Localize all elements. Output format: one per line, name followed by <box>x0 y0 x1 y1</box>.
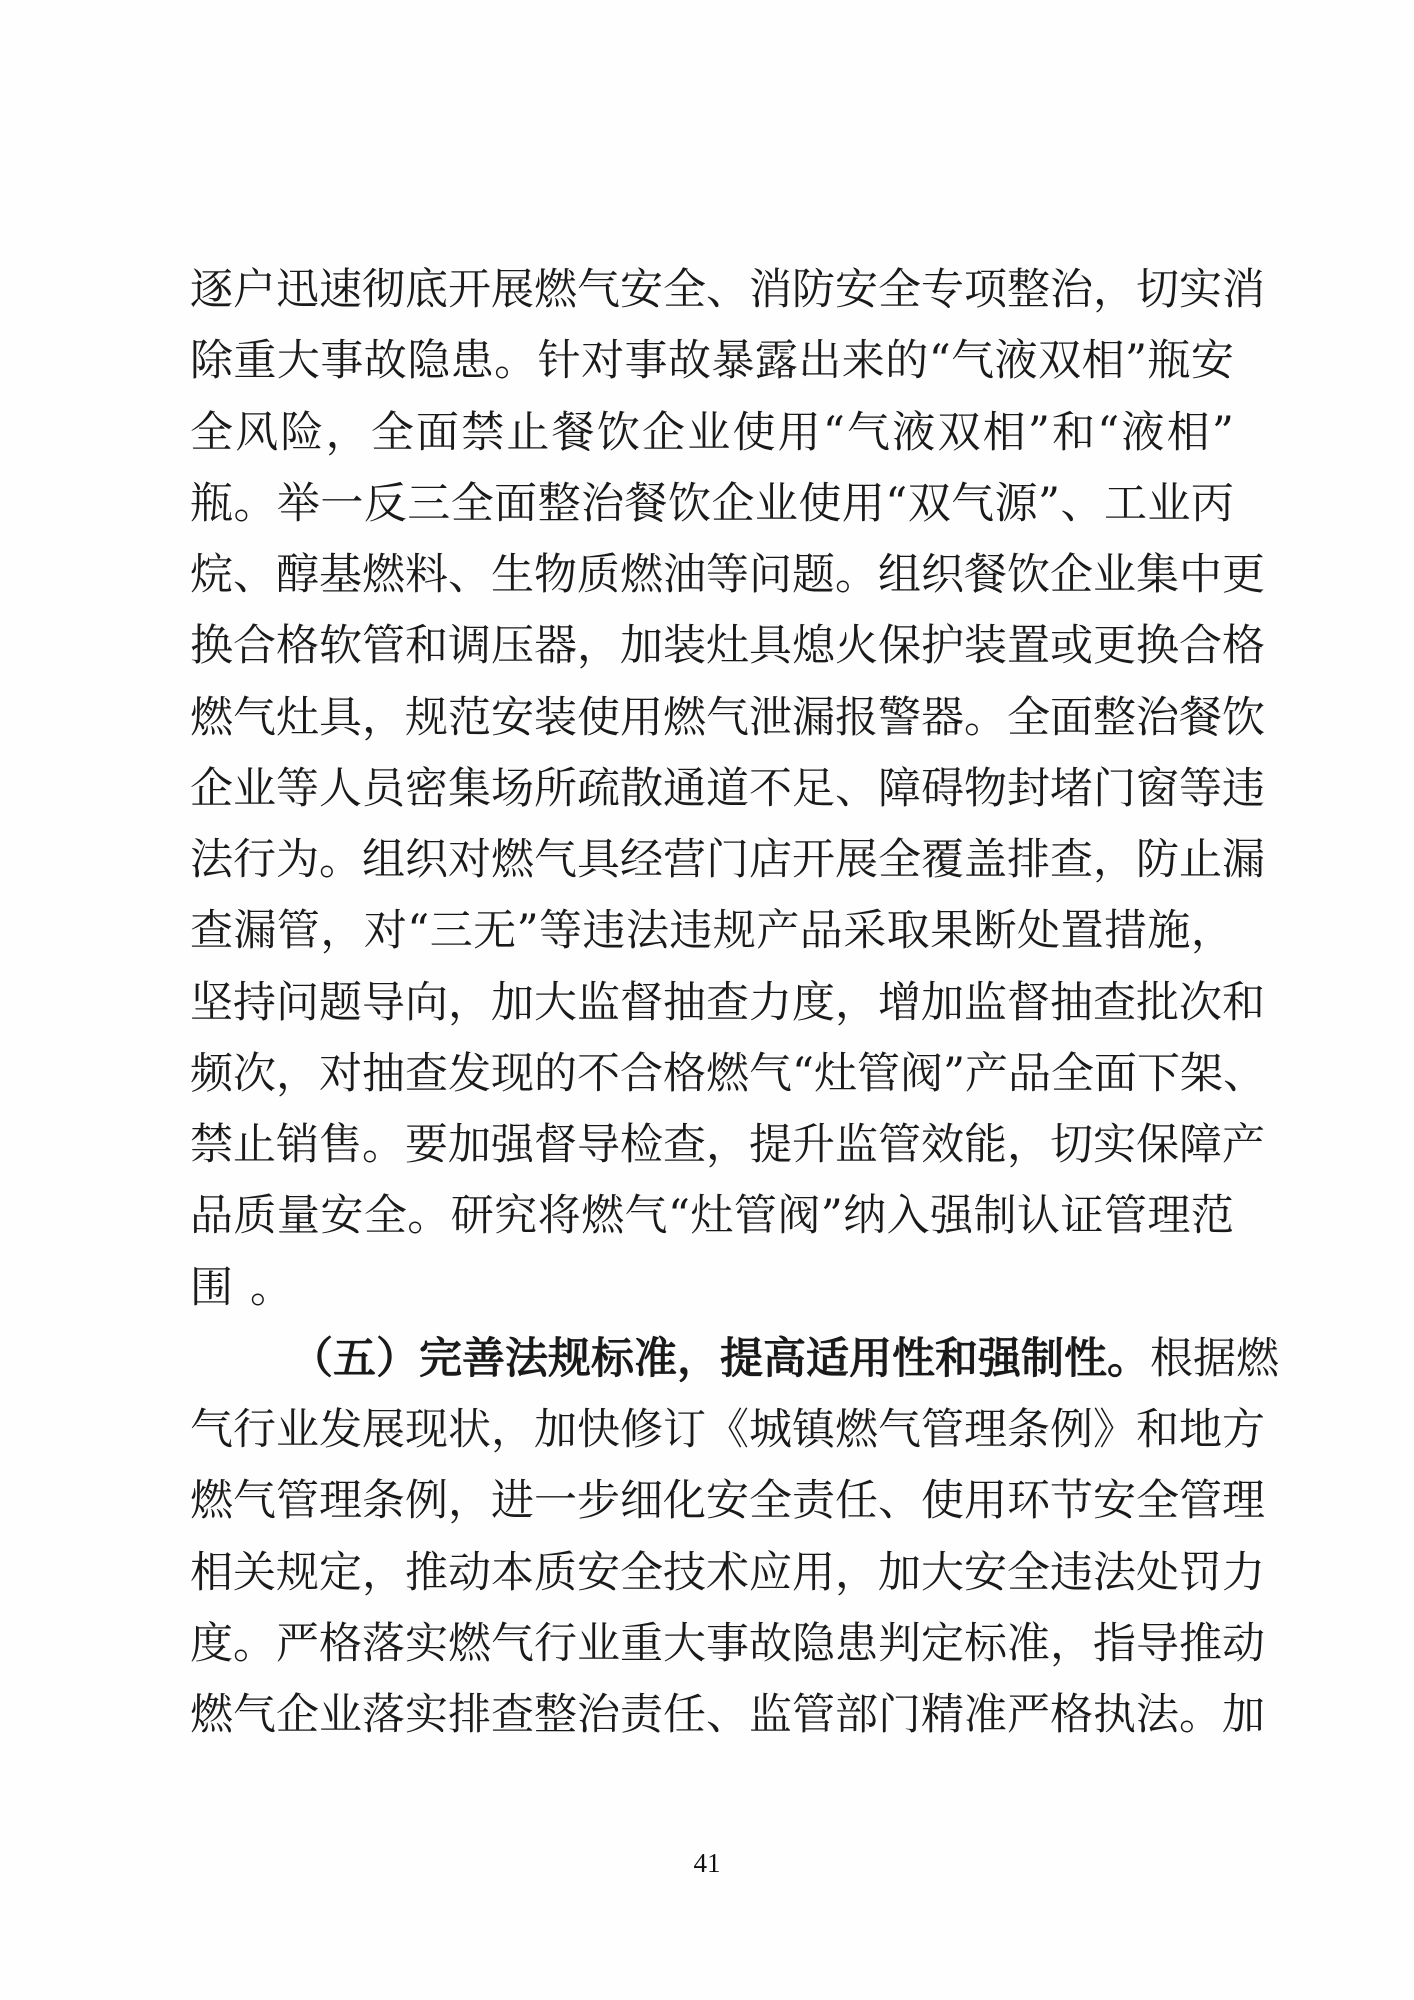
glyph: 置 <box>1060 903 1103 974</box>
glyph: 燃 <box>491 832 534 903</box>
glyph: 丙 <box>1191 476 1234 547</box>
glyph: “ <box>823 405 845 476</box>
glyph: 故 <box>364 333 407 404</box>
glyph: 全 <box>1051 1046 1094 1117</box>
glyph: 。 <box>494 333 537 404</box>
glyph: 关 <box>233 1545 276 1616</box>
glyph: 查 <box>706 975 749 1046</box>
glyph: 除 <box>190 333 233 404</box>
glyph: 燃 <box>190 1473 233 1544</box>
glyph: 业 <box>276 1402 319 1473</box>
glyph: 查 <box>190 903 233 974</box>
glyph: 研 <box>451 1188 494 1259</box>
glyph: 为 <box>276 832 319 903</box>
glyph: 熄 <box>792 618 835 689</box>
text-line: 法行为。组织对燃气具经营门店开展全覆盖排查，防止漏 <box>190 832 1234 903</box>
glyph: 效 <box>921 1117 964 1188</box>
glyph: 事 <box>625 333 668 404</box>
glyph: ， <box>835 1545 878 1616</box>
glyph: 器 <box>921 690 964 761</box>
glyph: 对 <box>319 1046 362 1117</box>
glyph: 障 <box>878 761 921 832</box>
glyph: ， <box>677 1331 720 1402</box>
glyph: 相 <box>190 1545 233 1616</box>
glyph: 坚 <box>190 975 233 1046</box>
glyph: 用 <box>849 1331 892 1402</box>
glyph: 隐 <box>407 333 450 404</box>
glyph: 一 <box>534 1473 577 1544</box>
glyph: “ <box>668 1188 690 1259</box>
glyph: 度 <box>792 975 835 1046</box>
glyph: 行 <box>534 1616 577 1687</box>
glyph: 例 <box>405 1473 448 1544</box>
glyph: ， <box>326 405 369 476</box>
glyph: 加 <box>534 1402 577 1473</box>
glyph: 开 <box>448 262 491 333</box>
glyph: 餐 <box>964 547 1007 618</box>
glyph: 止 <box>1179 832 1222 903</box>
glyph: 饮 <box>1007 547 1050 618</box>
glyph: 企 <box>1050 547 1093 618</box>
text-line: 查漏管，对“三无”等违法违规产品采取果断处置措施， <box>190 903 1234 974</box>
glyph: 强 <box>491 1117 534 1188</box>
glyph: 镇 <box>792 1402 835 1473</box>
glyph: 违 <box>669 903 712 974</box>
glyph: 。 <box>233 1616 276 1687</box>
glyph: ， <box>706 1117 749 1188</box>
glyph: 消 <box>749 262 792 333</box>
glyph: 订 <box>663 1402 706 1473</box>
glyph: 人 <box>319 761 362 832</box>
glyph: 灶 <box>706 618 749 689</box>
glyph: 问 <box>276 975 319 1046</box>
glyph: 和 <box>405 618 448 689</box>
glyph: 使 <box>921 1473 964 1544</box>
glyph: 推 <box>405 1545 448 1616</box>
text-line: 品质量安全。研究将燃气“灶管阀”纳入强制认证管理范 <box>190 1188 1234 1259</box>
glyph: 事 <box>706 1616 749 1687</box>
glyph: 加 <box>1222 1687 1265 1758</box>
text-line: 相关规定，推动本质安全技术应用，加大安全违法处罚力 <box>190 1545 1234 1616</box>
glyph: 防 <box>792 262 835 333</box>
glyph: 查 <box>491 1687 534 1758</box>
glyph: 售 <box>319 1117 362 1188</box>
glyph: 格 <box>663 1046 706 1117</box>
glyph: ， <box>362 690 405 761</box>
glyph: 处 <box>1017 903 1060 974</box>
glyph: 安 <box>706 1473 749 1544</box>
glyph: 工 <box>1104 476 1147 547</box>
glyph: 举 <box>277 476 320 547</box>
glyph: 频 <box>190 1046 233 1117</box>
glyph: 。 <box>362 1117 405 1188</box>
text-line: 燃气企业落实排查整治责任、监管部门精准严格执法。加 <box>190 1687 1234 1758</box>
glyph: 等 <box>706 547 749 618</box>
glyph: 。 <box>1107 1331 1150 1402</box>
glyph: ， <box>1093 262 1136 333</box>
glyph: 燃 <box>448 1616 491 1687</box>
glyph: 不 <box>749 761 792 832</box>
glyph: 。 <box>835 547 878 618</box>
glyph: 执 <box>1093 1687 1136 1758</box>
glyph: 织 <box>921 547 964 618</box>
text-line: 气行业发展现状，加快修订《城镇燃气管理条例》和地方 <box>190 1402 1234 1473</box>
glyph: 术 <box>706 1545 749 1616</box>
glyph: 全 <box>663 262 706 333</box>
glyph: 品 <box>800 903 843 974</box>
glyph: 技 <box>663 1545 706 1616</box>
glyph: 向 <box>405 975 448 1046</box>
text-line: 全风险，全面禁止餐饮企业使用“气液双相”和“液相” <box>190 405 1234 476</box>
text-line: 除重大事故隐患。针对事故暴露出来的“气液双相”瓶安 <box>190 333 1234 404</box>
glyph: 质 <box>534 1545 577 1616</box>
glyph: ， <box>1093 832 1136 903</box>
glyph: 整 <box>538 476 581 547</box>
glyph: 具 <box>577 832 620 903</box>
glyph: 查 <box>663 1117 706 1188</box>
glyph: 格 <box>1050 1687 1093 1758</box>
glyph: 加 <box>491 975 534 1046</box>
glyph: 烷 <box>190 547 233 618</box>
glyph: 店 <box>749 832 792 903</box>
glyph: ， <box>1191 903 1234 974</box>
glyph: 力 <box>749 975 792 1046</box>
glyph: 换 <box>190 618 233 689</box>
glyph: 等 <box>539 903 582 974</box>
glyph: 迅 <box>276 262 319 333</box>
glyph: 使 <box>732 405 775 476</box>
glyph: 止 <box>233 1117 276 1188</box>
glyph: 业 <box>1093 547 1136 618</box>
glyph: 双 <box>908 476 951 547</box>
glyph: 管 <box>1179 1473 1222 1544</box>
glyph: 瓶 <box>1147 333 1190 404</box>
glyph: 全 <box>878 262 921 333</box>
glyph: 增 <box>878 975 921 1046</box>
glyph: 使 <box>798 476 841 547</box>
glyph: 开 <box>792 832 835 903</box>
glyph: 料 <box>405 547 448 618</box>
glyph: 企 <box>190 761 233 832</box>
glyph: 集 <box>1136 547 1179 618</box>
glyph: 企 <box>276 1687 319 1758</box>
text-line: 度。严格落实燃气行业重大事故隐患判定标准，指导推动 <box>190 1616 1234 1687</box>
glyph: 措 <box>1104 903 1147 974</box>
glyph: 法 <box>1093 1545 1136 1616</box>
glyph: 的 <box>534 1046 577 1117</box>
glyph: 安 <box>577 1545 620 1616</box>
glyph: 燃 <box>190 690 233 761</box>
glyph: 监 <box>577 975 620 1046</box>
glyph: 导 <box>577 1117 620 1188</box>
glyph: 标 <box>964 1616 1007 1687</box>
glyph: 漏 <box>1222 832 1265 903</box>
glyph: 定 <box>319 1545 362 1616</box>
glyph: 检 <box>620 1117 663 1188</box>
text-line: 换合格软管和调压器，加装灶具熄火保护装置或更换合格 <box>190 618 1234 689</box>
glyph: 气 <box>190 1402 233 1473</box>
glyph: 不 <box>577 1046 620 1117</box>
glyph: 违 <box>1222 761 1265 832</box>
glyph: 加 <box>921 975 964 1046</box>
glyph: 禁 <box>461 405 504 476</box>
glyph: 液 <box>995 333 1038 404</box>
glyph: 道 <box>706 761 749 832</box>
glyph: 能 <box>964 1117 1007 1188</box>
glyph: 全 <box>364 1188 407 1259</box>
glyph: 合 <box>233 618 276 689</box>
glyph: 制 <box>1021 1331 1064 1402</box>
glyph: 整 <box>1007 262 1050 333</box>
glyph: 营 <box>663 832 706 903</box>
glyph: 气 <box>951 476 994 547</box>
glyph: 器 <box>534 618 577 689</box>
glyph: 全 <box>1136 1473 1179 1544</box>
glyph: 持 <box>233 975 276 1046</box>
glyph: 据 <box>1193 1331 1236 1402</box>
glyph: 方 <box>1222 1402 1265 1473</box>
glyph: 气 <box>706 690 749 761</box>
glyph: 双 <box>1038 333 1081 404</box>
glyph: 彻 <box>362 262 405 333</box>
glyph: 用 <box>964 1473 1007 1544</box>
glyph: 安 <box>1093 1473 1136 1544</box>
glyph: 。 <box>233 476 276 547</box>
glyph: 相 <box>1167 405 1210 476</box>
glyph: 门 <box>1093 761 1136 832</box>
glyph: 业 <box>1147 476 1190 547</box>
glyph: 实 <box>405 1687 448 1758</box>
glyph: 、 <box>233 547 276 618</box>
glyph: 合 <box>620 1046 663 1117</box>
glyph: ” <box>821 1188 843 1259</box>
glyph: 法 <box>190 832 233 903</box>
glyph: 地 <box>1179 1402 1222 1473</box>
glyph: 企 <box>642 405 685 476</box>
glyph: 、 <box>835 761 878 832</box>
glyph: ” <box>1212 405 1234 476</box>
glyph: 果 <box>930 903 973 974</box>
glyph: 和 <box>1052 405 1095 476</box>
glyph: 暴 <box>711 333 754 404</box>
glyph: 产 <box>965 1046 1008 1117</box>
glyph: 保 <box>1136 1117 1179 1188</box>
glyph: 全 <box>620 1545 663 1616</box>
glyph: 组 <box>878 547 921 618</box>
glyph: 散 <box>620 761 663 832</box>
glyph: 五 <box>333 1331 376 1402</box>
text-line: 坚持问题导向，加大监督抽查力度，增加监督抽查批次和 <box>190 975 1234 1046</box>
glyph: 细 <box>620 1473 663 1544</box>
glyph: 全 <box>371 405 414 476</box>
glyph: 碍 <box>921 761 964 832</box>
glyph: 批 <box>1136 975 1179 1046</box>
glyph: 适 <box>806 1331 849 1402</box>
glyph: 气 <box>233 690 276 761</box>
glyph: 标 <box>591 1331 634 1402</box>
glyph: 理 <box>1147 1188 1190 1259</box>
glyph: 证 <box>1060 1188 1103 1259</box>
glyph: 加 <box>878 1545 921 1616</box>
glyph: 实 <box>1093 1117 1136 1188</box>
glyph: 足 <box>792 761 835 832</box>
glyph: 业 <box>319 1687 362 1758</box>
glyph: 全 <box>451 476 494 547</box>
glyph: 性 <box>892 1331 935 1402</box>
glyph: 和 <box>1222 975 1265 1046</box>
glyph: ， <box>320 903 363 974</box>
text-line: 燃气灶具，规范安装使用燃气泄漏报警器。全面整治餐饮 <box>190 690 1234 761</box>
glyph: 性 <box>1064 1331 1107 1402</box>
glyph: 燃 <box>620 547 663 618</box>
glyph: 制 <box>974 1188 1017 1259</box>
glyph: ， <box>1050 1616 1093 1687</box>
glyph: 堵 <box>1050 761 1093 832</box>
text-line: 禁止销售。要加强督导检查，提升监管效能，切实保障产 <box>190 1117 1234 1188</box>
glyph: 次 <box>1179 975 1222 1046</box>
glyph: 。 <box>1179 1687 1222 1758</box>
glyph: 故 <box>668 333 711 404</box>
glyph: 和 <box>1136 1402 1179 1473</box>
glyph: 规 <box>548 1331 591 1402</box>
glyph: 治 <box>581 476 624 547</box>
glyph: 环 <box>1007 1473 1050 1544</box>
glyph: 状 <box>448 1402 491 1473</box>
glyph: 理 <box>1222 1473 1265 1544</box>
glyph: 饮 <box>1222 690 1265 761</box>
glyph: 销 <box>276 1117 319 1188</box>
glyph: 饮 <box>668 476 711 547</box>
glyph: 经 <box>620 832 663 903</box>
glyph: 展 <box>362 1402 405 1473</box>
glyph: 来 <box>842 333 885 404</box>
glyph: 格 <box>1222 618 1265 689</box>
glyph: 推 <box>1179 1616 1222 1687</box>
glyph: 全 <box>1007 690 1050 761</box>
glyph: 督 <box>534 1117 577 1188</box>
glyph: 规 <box>713 903 756 974</box>
glyph: 用 <box>842 476 885 547</box>
glyph: 治 <box>1050 262 1093 333</box>
text-line: 逐户迅速彻底开展燃气安全、消防安全专项整治，切实消 <box>190 262 1234 333</box>
glyph: 装 <box>663 618 706 689</box>
glyph: 、 <box>706 1687 749 1758</box>
page-number: 41 <box>0 1848 1414 1879</box>
glyph: 任 <box>663 1687 706 1758</box>
glyph: 装 <box>534 690 577 761</box>
glyph: 理 <box>964 1402 1007 1473</box>
body-text: 逐户迅速彻底开展燃气安全、消防安全专项整治，切实消 除重大事故隐患。针对事故暴露… <box>190 262 1234 1758</box>
glyph: 准 <box>964 1687 1007 1758</box>
glyph: 燃 <box>190 1687 233 1758</box>
glyph: 《 <box>706 1402 749 1473</box>
glyph: 气 <box>625 1188 668 1259</box>
glyph: 监 <box>749 1687 792 1758</box>
glyph: 产 <box>1222 1117 1265 1188</box>
glyph: 灶 <box>276 690 319 761</box>
glyph: 理 <box>319 1473 362 1544</box>
glyph: 。 <box>319 832 362 903</box>
glyph: 通 <box>663 761 706 832</box>
glyph: 三 <box>430 903 473 974</box>
glyph: 灶 <box>690 1188 733 1259</box>
glyph: “ <box>929 333 951 404</box>
glyph: 全 <box>1007 1545 1050 1616</box>
glyph: 要 <box>405 1117 448 1188</box>
glyph: 度 <box>190 1616 233 1687</box>
glyph: 漏 <box>233 903 276 974</box>
glyph: 所 <box>534 761 577 832</box>
glyph: 基 <box>319 547 362 618</box>
glyph: 封 <box>1007 761 1050 832</box>
glyph: 液 <box>1121 405 1164 476</box>
glyph: 物 <box>964 761 1007 832</box>
glyph: 治 <box>577 1687 620 1758</box>
glyph: 发 <box>448 1046 491 1117</box>
glyph: 露 <box>755 333 798 404</box>
glyph: 业 <box>577 1616 620 1687</box>
glyph: 大 <box>534 975 577 1046</box>
glyph: 切 <box>1050 1117 1093 1188</box>
glyph: 窗 <box>1136 761 1179 832</box>
glyph: 实 <box>405 1616 448 1687</box>
glyph: 法 <box>626 903 669 974</box>
glyph: 保 <box>878 618 921 689</box>
glyph: 展 <box>835 832 878 903</box>
glyph: 风 <box>235 405 278 476</box>
glyph: 盖 <box>964 832 1007 903</box>
glyph: 反 <box>364 476 407 547</box>
glyph: 入 <box>887 1188 930 1259</box>
glyph: 行 <box>233 832 276 903</box>
glyph: ” <box>1038 476 1060 547</box>
glyph: 纳 <box>843 1188 886 1259</box>
glyph: 治 <box>1136 690 1179 761</box>
glyph: 护 <box>921 618 964 689</box>
glyph: 一 <box>320 476 363 547</box>
glyph: 管 <box>277 903 320 974</box>
glyph: 发 <box>319 1402 362 1473</box>
glyph: 查 <box>405 1046 448 1117</box>
glyph: 规 <box>405 690 448 761</box>
glyph: 燃 <box>1236 1331 1279 1402</box>
glyph: 速 <box>319 262 362 333</box>
glyph: 导 <box>362 975 405 1046</box>
glyph: 物 <box>534 547 577 618</box>
glyph: 用 <box>778 405 821 476</box>
glyph: 督 <box>1007 975 1050 1046</box>
glyph: 格 <box>276 618 319 689</box>
glyph: 安 <box>1191 333 1234 404</box>
glyph: 节 <box>1050 1473 1093 1544</box>
glyph: 准 <box>634 1331 677 1402</box>
glyph: 任 <box>835 1473 878 1544</box>
glyph: 、 <box>1060 476 1103 547</box>
text-line: 烷、醇基燃料、生物质燃油等问题。组织餐饮企业集中更 <box>190 547 1234 618</box>
glyph: 灶 <box>814 1046 857 1117</box>
glyph: 等 <box>1179 761 1222 832</box>
glyph: 装 <box>964 618 1007 689</box>
glyph: 应 <box>749 1545 792 1616</box>
glyph: 质 <box>233 1188 276 1259</box>
glyph: 管 <box>734 1188 777 1259</box>
glyph: 题 <box>319 975 362 1046</box>
glyph: “ <box>407 903 429 974</box>
glyph: 展 <box>491 262 534 333</box>
glyph: 部 <box>835 1687 878 1758</box>
glyph: 全 <box>190 405 233 476</box>
glyph: 气 <box>749 1046 792 1117</box>
